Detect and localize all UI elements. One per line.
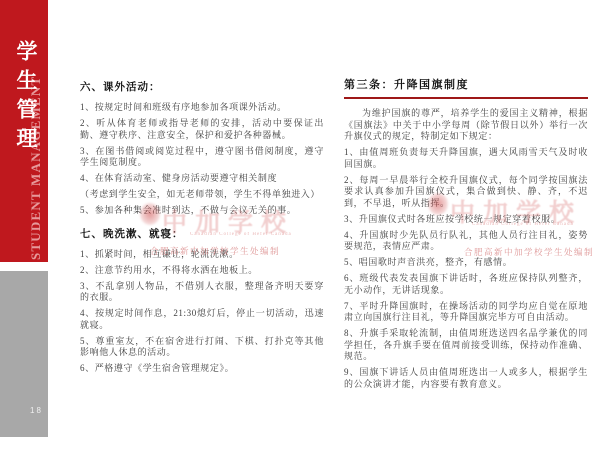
list-item: 5、参加各种集会准时到达，不做与会议无关的事。: [80, 205, 324, 217]
list-item: 3、不乱拿别人物品，不借别人衣服，整理备齐明天要穿的衣服。: [80, 281, 324, 304]
sidebar-red-band: 学生管理 STUDENT MANAGEMENT: [0, 0, 48, 262]
list-item: 3、升国旗仪式时各班应按学校统一规定穿着校服。: [344, 214, 588, 226]
list-item: 2、听从体育老师或指导老师的安排，活动中要保证出勤、遵守秩序、注意安全，保护和爱…: [80, 118, 324, 141]
list-item: 6、班级代表发表国旗下讲话时，各班应保持队列整齐，无小动作，无讲话现象。: [344, 273, 588, 296]
page-number: 18: [30, 406, 43, 415]
section-seven-heading: 七、晚洗漱、就寝：: [80, 226, 324, 241]
list-item: 1、由值周班负责每天升降国旗，遇大风雨雪天气及时收回国旗。: [344, 147, 588, 170]
list-item: 2、注意节约用水，不得将水洒在地板上。: [80, 265, 324, 277]
list-item: 8、升旗手采取轮流制，由值周班选送四名品学兼优的同学担任，各升旗手要在值周前接受…: [344, 328, 588, 363]
left-column: 六、课外活动： 1、按规定时间和班级有序地参加各项课外活动。 2、听从体育老师或…: [80, 79, 324, 379]
list-item: 4、在体育活动室、健身房活动要遵守相关制度: [80, 173, 324, 185]
list-item: 4、按规定时间作息，21:30熄灯后，停止一切活动，迅速就寝。: [80, 308, 324, 331]
article-intro-paragraph: 为维护国旗的尊严，培养学生的爱国主义精神，根据《国旗法》中关于中小学每周（除节假…: [344, 108, 588, 143]
section-six-heading: 六、课外活动：: [80, 79, 324, 94]
list-item: 7、平时升降国旗时，在操场活动的同学均应自觉在原地肃立向国旗行注目礼，等升降国旗…: [344, 301, 588, 324]
list-item: 9、国旗下讲话人员由值周班选出一人或多人，根据学生的公众演讲才能，内容要有教育意…: [344, 367, 588, 390]
list-item: 6、严格遵守《学生宿舍管理规定》。: [80, 363, 324, 375]
list-item: 5、唱国歌时声音洪亮，整齐，有感情。: [344, 257, 588, 269]
list-item: 2、每周一早晨举行全校升国旗仪式，每个同学按国旗法要求认真参加升国旗仪式，集合做…: [344, 175, 588, 210]
right-column: 第三条：升降国旗制度 为维护国旗的尊严，培养学生的爱国主义精神，根据《国旗法》中…: [344, 76, 588, 395]
list-item: 5、尊重室友，不在宿舍进行打闹、下棋、打扑克等其他影响他人休息的活动。: [80, 336, 324, 359]
sidebar-gray-band: 18: [0, 271, 48, 437]
list-item: 1、抓紧时间，相互谦让，轮流洗漱。: [80, 249, 324, 261]
sidebar-title-english: STUDENT MANAGEMENT: [28, 44, 44, 260]
list-item-note: （考虑到学生安全，如无老师带领，学生不得单独进入）: [80, 189, 324, 201]
list-item: 1、按规定时间和班级有序地参加各项课外活动。: [80, 102, 324, 114]
list-item: 3、在图书借阅或阅览过程中，遵守图书借阅制度，遵守学生阅览制度。: [80, 146, 324, 169]
list-item: 4、升国旗时少先队员行队礼，其他人员行注目礼，姿势要规范，表情应严肃。: [344, 230, 588, 253]
article-three-heading: 第三条：升降国旗制度: [344, 76, 588, 99]
handbook-page: 学生管理 STUDENT MANAGEMENT 18 六、课外活动： 1、按规定…: [0, 0, 600, 453]
